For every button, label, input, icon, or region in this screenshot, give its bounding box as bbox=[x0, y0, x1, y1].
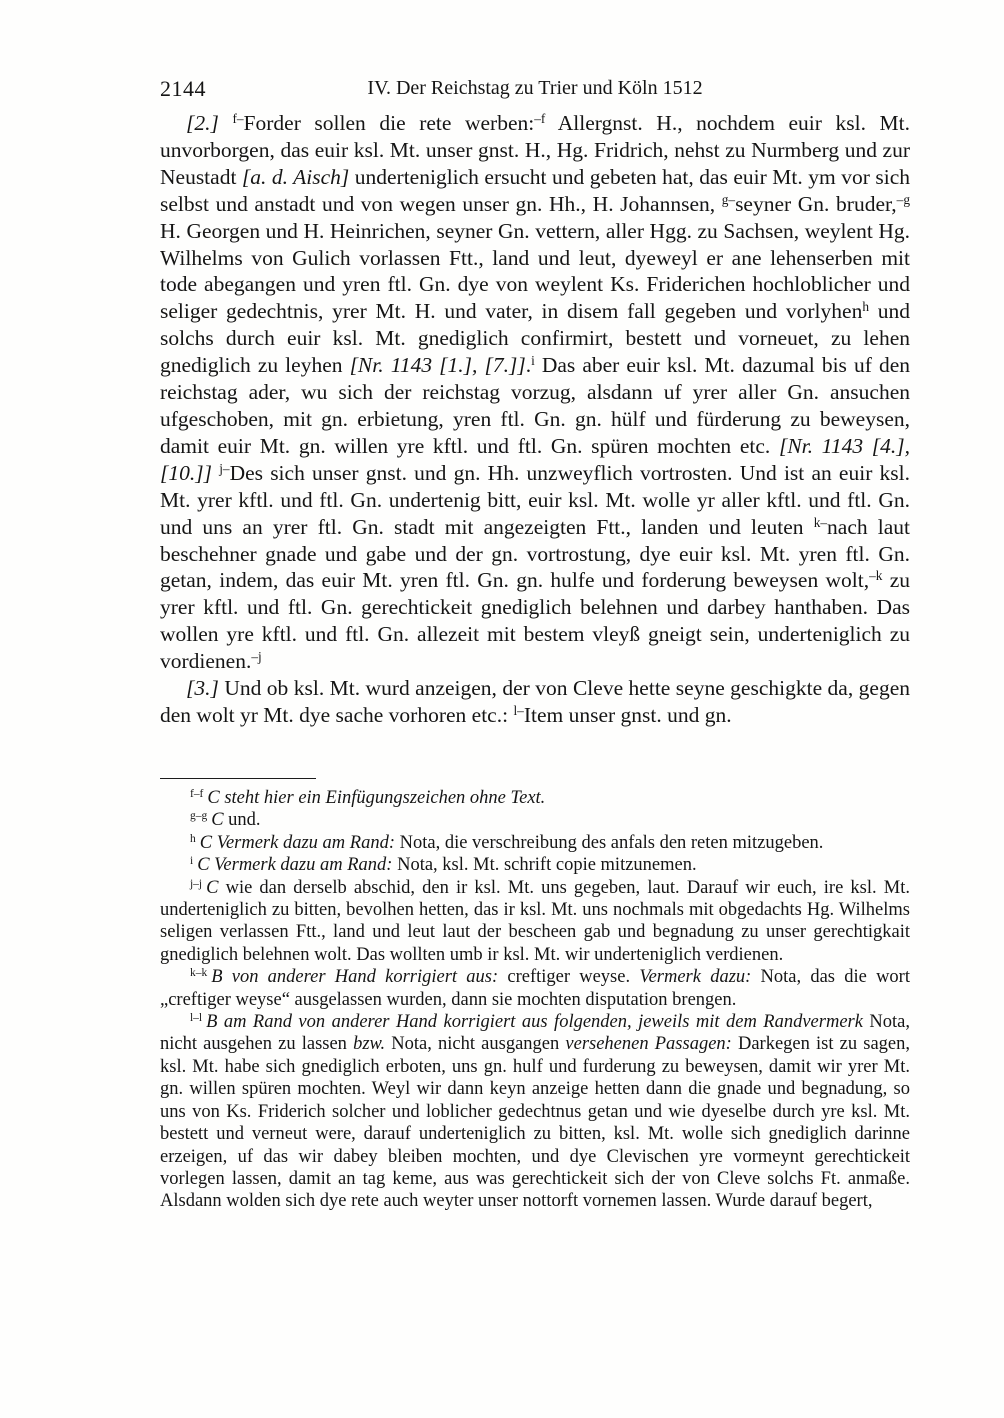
text-segment: Nota, nicht ausgangen bbox=[385, 1034, 565, 1054]
text-segment-italic: C bbox=[206, 878, 218, 898]
text-segment-italic: [Nr. 1143 [1.], [7.]] bbox=[350, 353, 526, 377]
text-segment: wie dan derselb abschid, den ir ksl. Mt.… bbox=[160, 878, 910, 965]
text-segment: seyner Gn. bruder, bbox=[735, 192, 897, 216]
note-marker: –g bbox=[897, 192, 910, 207]
footnote-list: f–fC steht hier ein Einfügungszeichen oh… bbox=[160, 787, 910, 1213]
note-marker: f– bbox=[232, 111, 243, 126]
text-segment-italic: versehenen Passagen: bbox=[565, 1034, 731, 1054]
footnote: hC Vermerk dazu am Rand: Nota, die versc… bbox=[160, 832, 910, 854]
text-segment-italic: [2.] bbox=[186, 111, 232, 135]
footnote-marker: j–j bbox=[190, 878, 202, 890]
text-segment-italic: [a. d. Aisch] bbox=[242, 165, 349, 189]
footnote-marker: f–f bbox=[190, 788, 203, 800]
text-segment-italic: B am Rand von anderer Hand korrigiert au… bbox=[206, 1012, 863, 1032]
text-segment-italic: C bbox=[211, 810, 223, 830]
footnote: g–gC und. bbox=[160, 809, 910, 831]
note-marker: h bbox=[862, 299, 869, 314]
footnote: iC Vermerk dazu am Rand: Nota, ksl. Mt. … bbox=[160, 854, 910, 876]
text-segment: Nota, die verschreibung des anfals den r… bbox=[395, 833, 823, 853]
text-segment-italic: B von anderer Hand korrigiert aus: bbox=[211, 967, 498, 987]
text-segment-italic: C Vermerk dazu am Rand: bbox=[200, 833, 395, 853]
document-page: 2144 IV. Der Reichstag zu Trier und Köln… bbox=[0, 0, 1004, 1418]
footnote-separator bbox=[160, 778, 316, 779]
footnote-marker: k–k bbox=[190, 967, 207, 979]
text-segment: und. bbox=[224, 810, 261, 830]
text-segment-italic: [3.] bbox=[186, 676, 224, 700]
note-marker: g– bbox=[722, 192, 735, 207]
footnote: k–kB von anderer Hand korrigiert aus: cr… bbox=[160, 966, 910, 1011]
text-segment: Item unser gnst. und gn. bbox=[524, 703, 732, 727]
body-text: [2.] f–Forder sollen die rete werben:–f … bbox=[160, 110, 910, 729]
footnote-marker: h bbox=[190, 833, 196, 845]
footnote-marker: g–g bbox=[190, 810, 207, 822]
note-marker: j– bbox=[219, 461, 229, 476]
note-marker: l– bbox=[513, 703, 523, 718]
text-segment-italic: bzw. bbox=[353, 1034, 385, 1054]
footnote-marker: l–l bbox=[190, 1012, 202, 1024]
text-segment: Nota, ksl. Mt. schrift copie mitzunemen. bbox=[392, 855, 696, 875]
page-header: 2144 IV. Der Reichstag zu Trier und Köln… bbox=[160, 76, 910, 102]
text-segment: creftiger weyse. bbox=[498, 967, 639, 987]
paragraph: [3.] Und ob ksl. Mt. wurd anzeigen, der … bbox=[160, 675, 910, 729]
text-segment-italic: C steht hier ein Einfügungszeichen ohne … bbox=[207, 788, 545, 808]
text-segment: H. Georgen und H. Heinrichen, seyner Gn.… bbox=[160, 219, 910, 324]
text-segment: Forder sollen die rete werben: bbox=[244, 111, 535, 135]
text-segment-italic: C Vermerk dazu am Rand: bbox=[197, 855, 392, 875]
running-header: IV. Der Reichstag zu Trier und Köln 1512 bbox=[160, 77, 910, 100]
footnote: j–jC wie dan derselb abschid, den ir ksl… bbox=[160, 877, 910, 967]
note-marker: k– bbox=[814, 515, 827, 530]
note-marker: –k bbox=[869, 568, 882, 583]
text-segment: Des sich unser gnst. und gn. Hh. unzweyf… bbox=[160, 461, 910, 539]
footnote: l–lB am Rand von anderer Hand korrigiert… bbox=[160, 1011, 910, 1213]
note-marker: –f bbox=[534, 111, 545, 126]
text-segment: Darkegen ist zu sagen, ksl. Mt. habe sic… bbox=[160, 1034, 910, 1211]
text-segment-italic: Vermerk dazu: bbox=[639, 967, 751, 987]
footnote-marker: i bbox=[190, 855, 193, 867]
footnote: f–fC steht hier ein Einfügungszeichen oh… bbox=[160, 787, 910, 809]
paragraph: [2.] f–Forder sollen die rete werben:–f … bbox=[160, 110, 910, 675]
note-marker: –j bbox=[251, 649, 261, 664]
note-marker: i bbox=[531, 353, 535, 368]
